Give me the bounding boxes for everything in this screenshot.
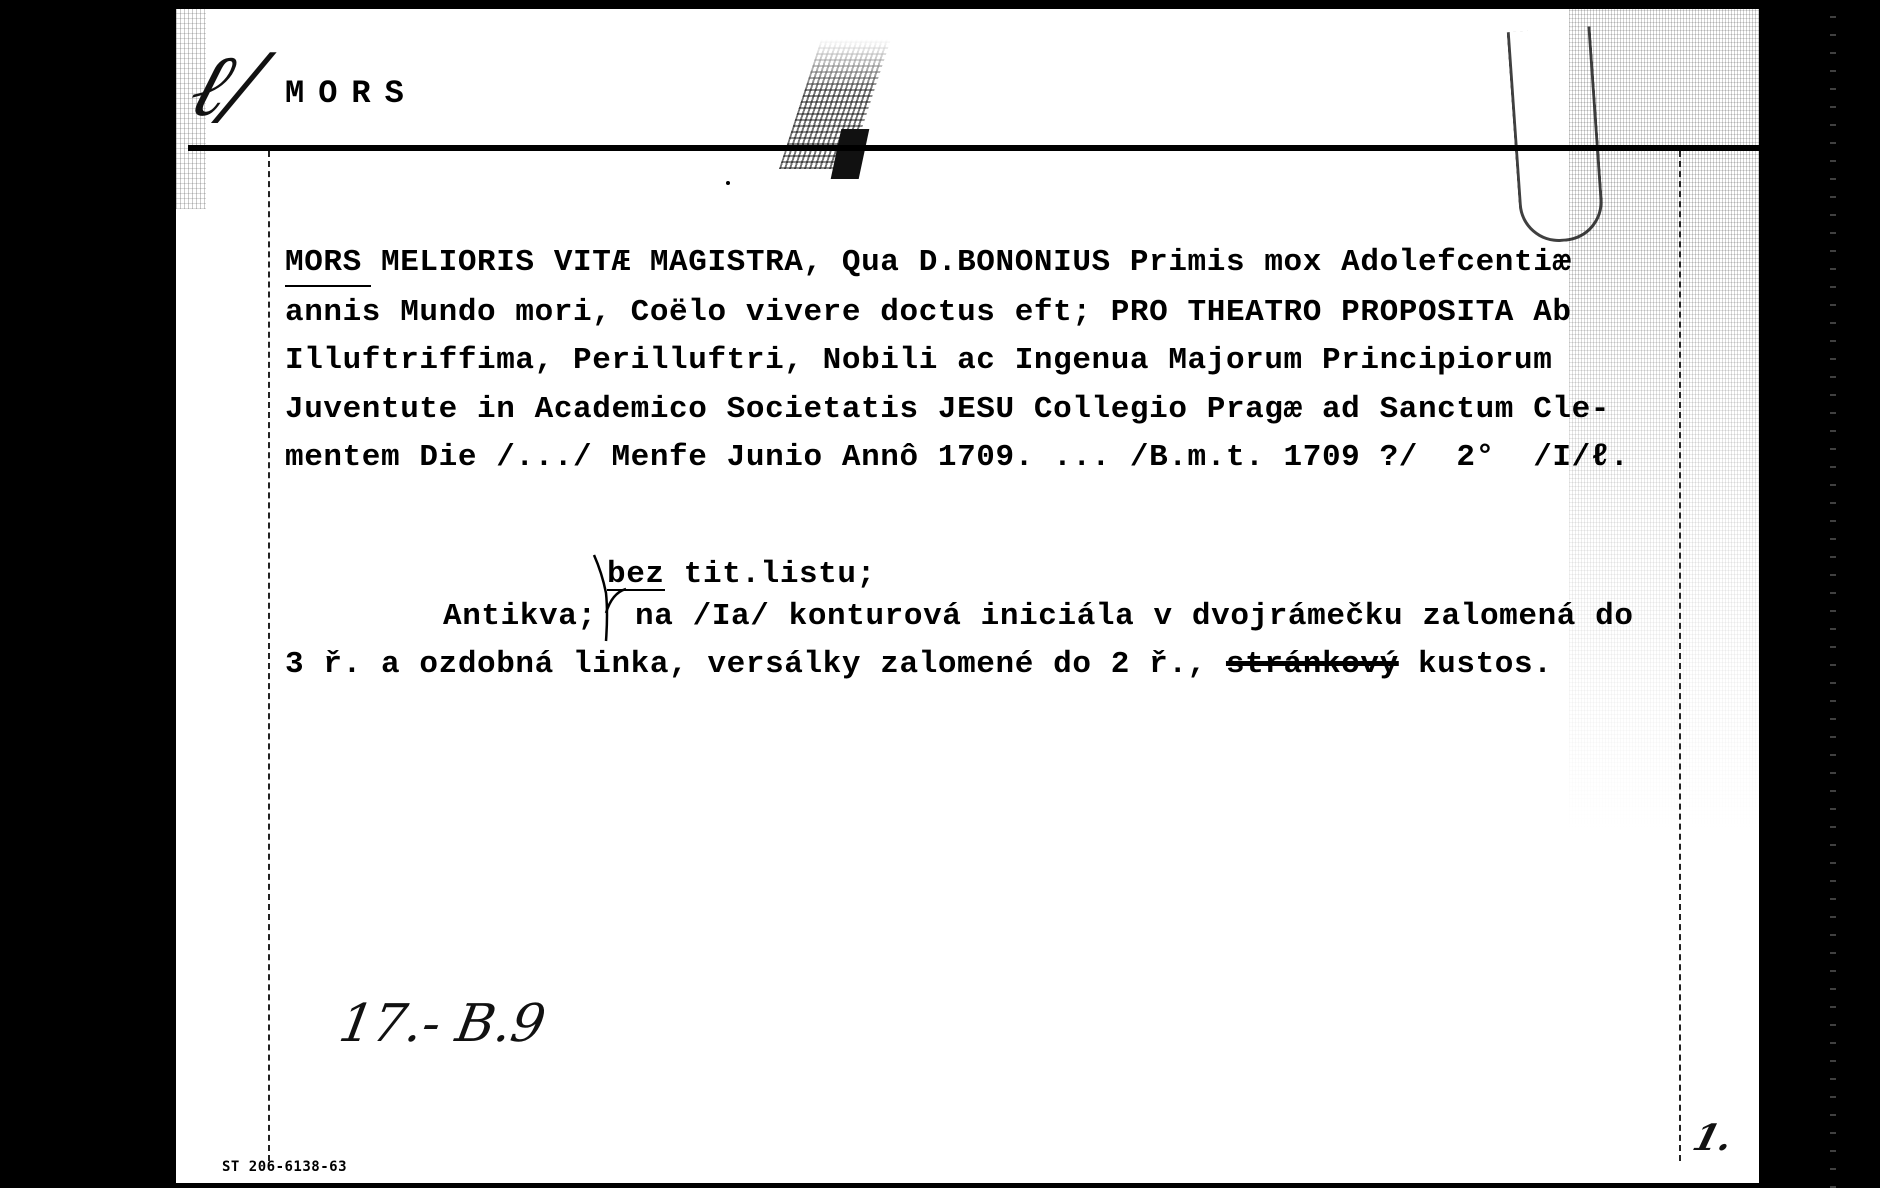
paperclip-mark <box>1507 26 1606 244</box>
print-stamp-id: ST 206-6138-63 <box>222 1159 347 1175</box>
title-line: Illuftriffima, Perilluftri, Nobili ac In… <box>285 345 1552 376</box>
struck-word: stránkový <box>1226 647 1399 682</box>
insertion-note: bez tit.listu; <box>607 559 876 590</box>
title-entry: MORS MELIORIS VITÆ MAGISTRA, Qua D.BONON… <box>285 9 362 226</box>
description-line: Antikva; na /Ia/ konturová iniciála v dv… <box>443 601 1634 632</box>
description-text: 3 ř. a ozdobná linka, versálky zalomené … <box>285 647 1226 682</box>
header-rule <box>188 145 1759 151</box>
heading-word-underline <box>285 285 371 287</box>
margin-line-right <box>1679 151 1681 1161</box>
speck <box>726 181 730 185</box>
description-line: 3 ř. a ozdobná linka, versálky zalomené … <box>285 649 1552 680</box>
title-line: mentem Die /.../ Menfe Junio Annô 1709. … <box>285 442 1629 473</box>
shelfmark: 17.- B.9 <box>335 994 550 1054</box>
title-line: annis Mundo mori, Coëlo vivere doctus ef… <box>285 297 1572 328</box>
catalog-card: ℓ/ MORS MORS MELIORIS VITÆ MAGISTRA, Qua… <box>176 9 1759 1183</box>
scan-edge-artifact <box>1830 0 1836 1188</box>
title-line: MORS MELIORIS VITÆ MAGISTRA, Qua D.BONON… <box>285 247 1572 278</box>
title-line: Juventute in Academico Societatis JESU C… <box>285 394 1610 425</box>
description-text: kustos. <box>1399 647 1553 682</box>
margin-line-left <box>268 151 270 1161</box>
